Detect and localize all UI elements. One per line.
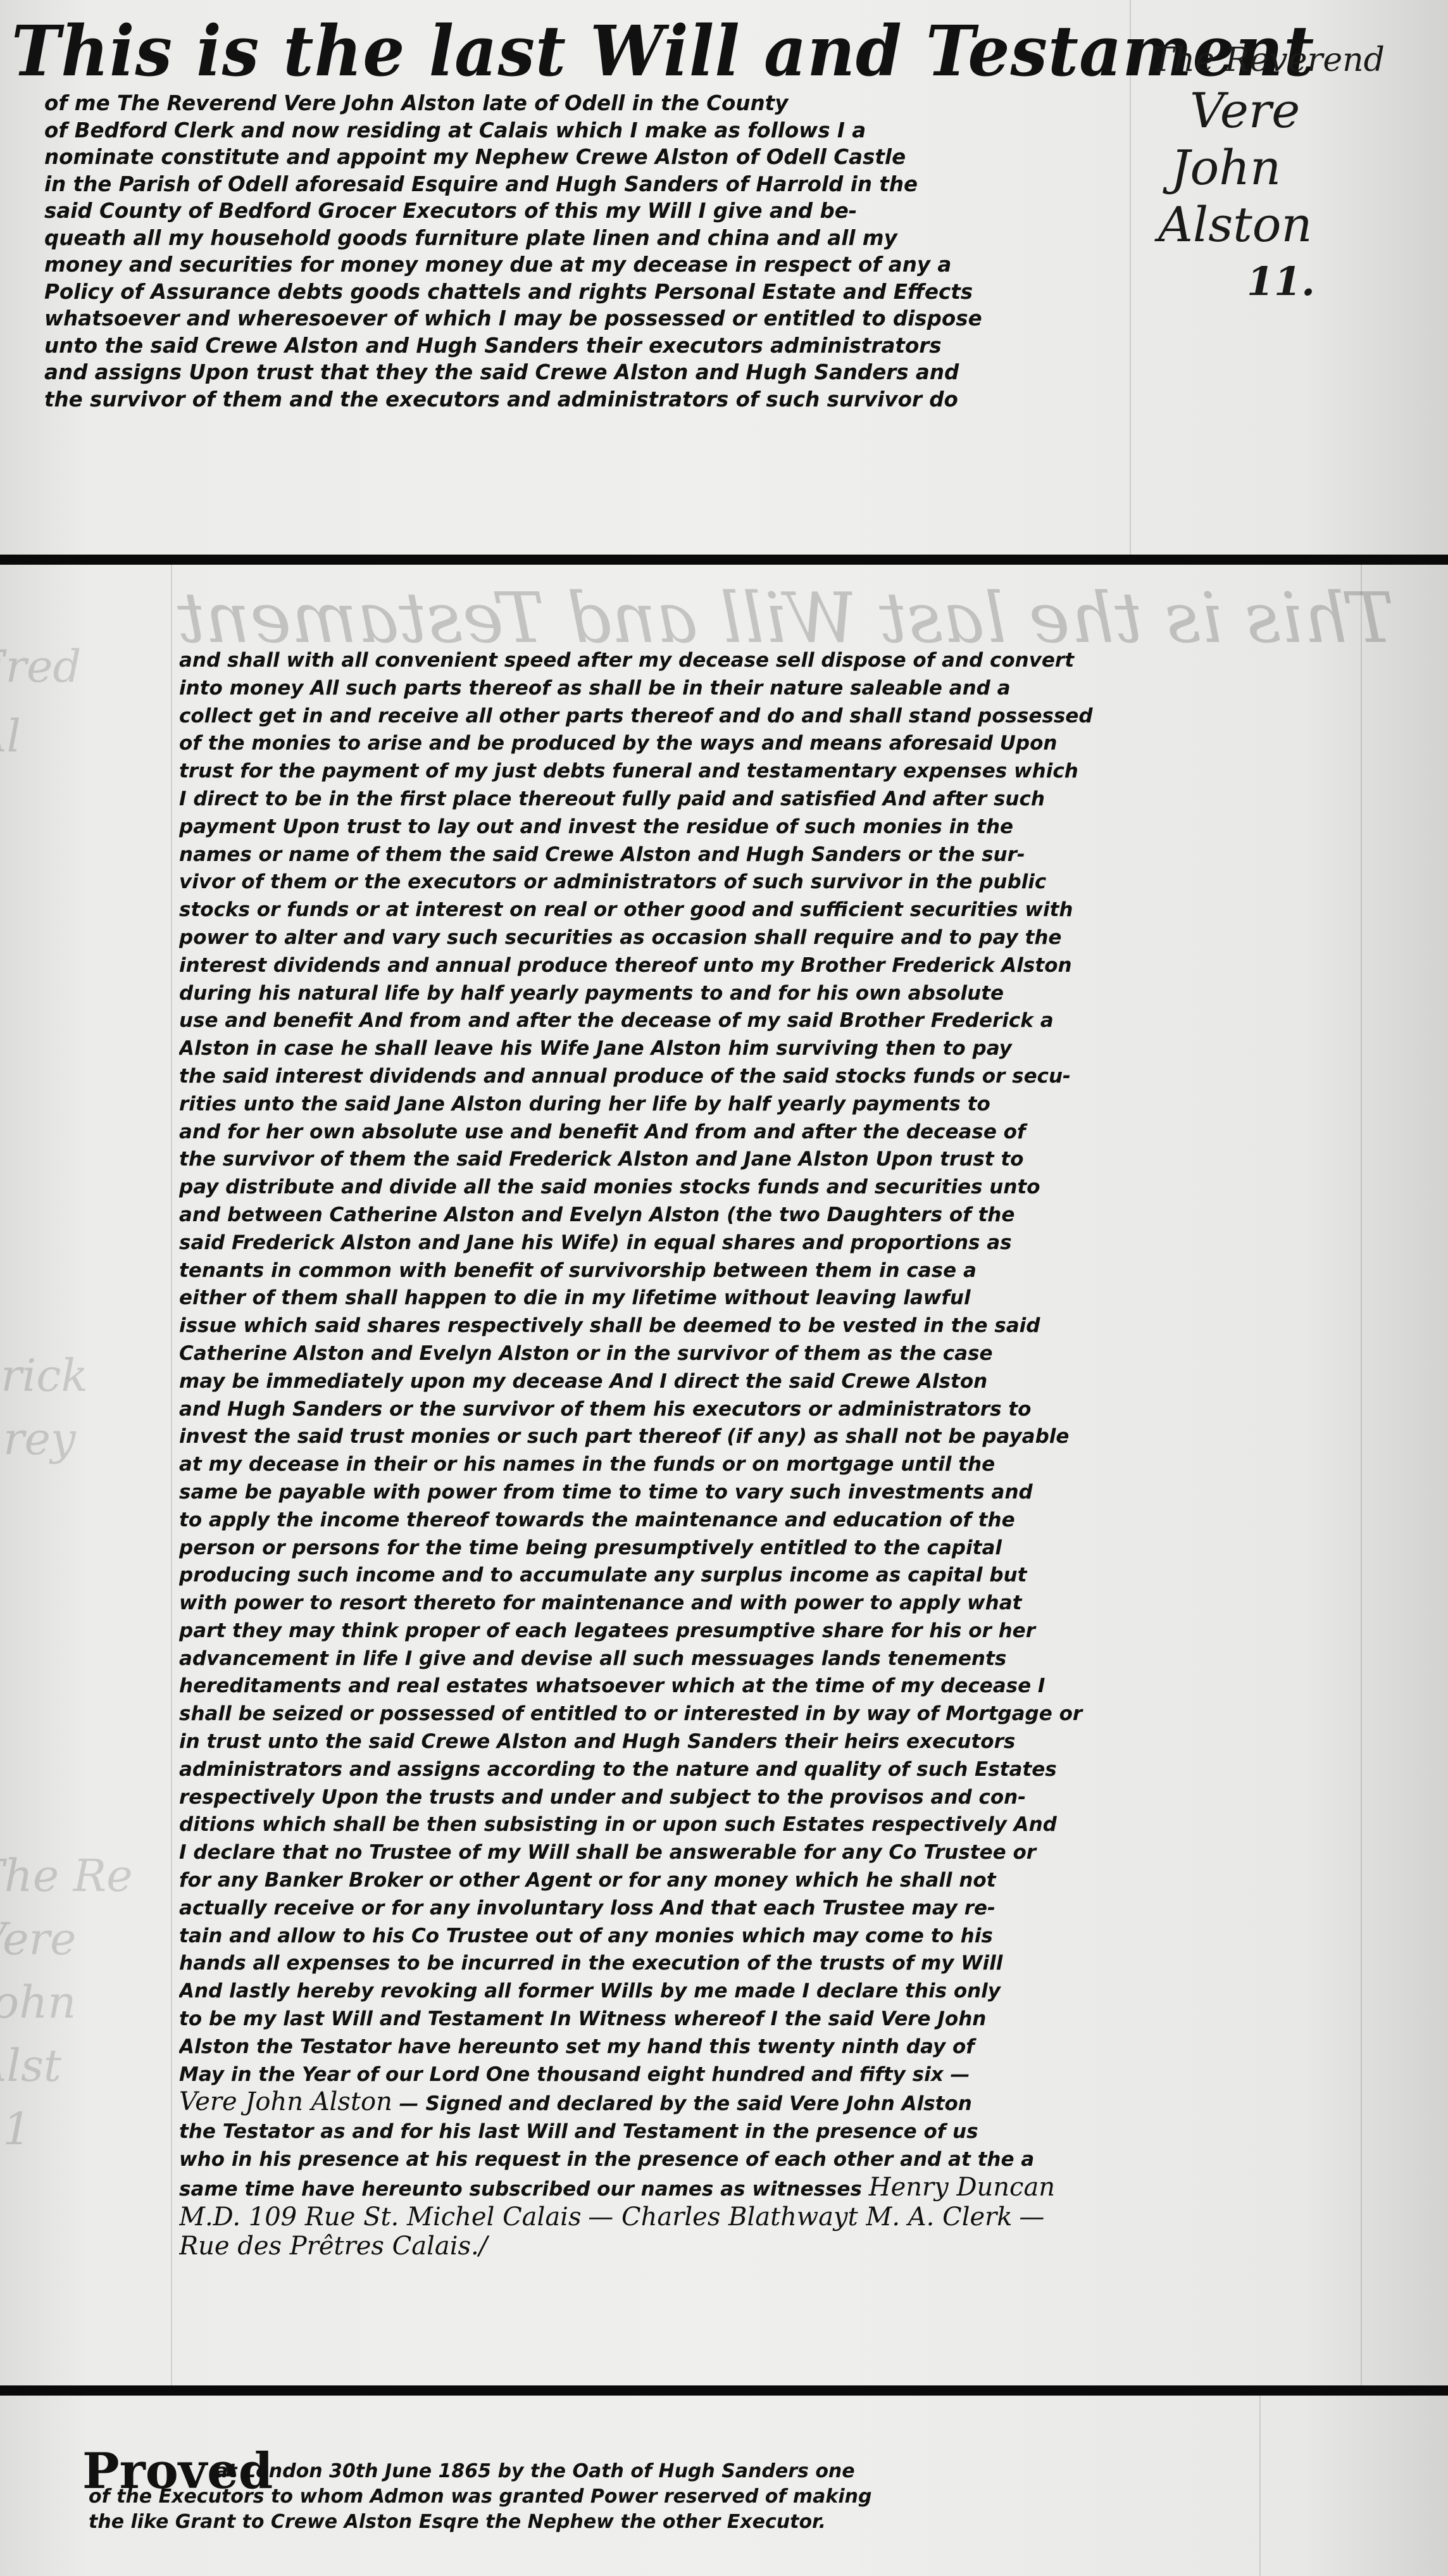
text-line: at London 30th June 1865 by the Oath of …: [215, 2459, 1266, 2484]
text-line: and shall with all convenient speed afte…: [179, 647, 1363, 675]
text-line: actually receive or for any involuntary …: [179, 1895, 1363, 1923]
margin-first-name: Vere: [1190, 82, 1430, 139]
margin-title: The Reverend: [1152, 38, 1430, 82]
text-line: to be my last Will and Testament In Witn…: [179, 2006, 1363, 2033]
text-line: the survivor of them the said Frederick …: [179, 1146, 1363, 1174]
text-line: nominate constitute and appoint my Nephe…: [44, 144, 1133, 171]
text-line: power to alter and vary such securities …: [179, 924, 1363, 952]
witness-1-signature: Henry Duncan: [869, 2174, 1055, 2202]
text-line: of the Executors to whom Admon was grant…: [89, 2484, 1266, 2510]
text-line: Catherine Alston and Evelyn Alston or in…: [179, 1340, 1363, 1368]
text-line: same be payable with power from time to …: [179, 1479, 1363, 1507]
text-line: I declare that no Trustee of my Will sha…: [179, 1839, 1363, 1867]
text-line: of me The Reverend Vere John Alston late…: [44, 90, 1133, 117]
text-line: the survivor of them and the executors a…: [44, 386, 1133, 413]
text-line: invest the said trust monies or such par…: [179, 1423, 1363, 1451]
text-line: interest dividends and annual produce th…: [179, 952, 1363, 980]
witness-2-address: Rue des Prêtres Calais./: [179, 2233, 487, 2261]
text-line: and between Catherine Alston and Evelyn …: [179, 1202, 1363, 1229]
text-line: the like Grant to Crewe Alston Esqre the…: [89, 2510, 1266, 2535]
text-line: into money All such parts thereof as sha…: [179, 675, 1363, 703]
testator-signature: Vere John Alston: [179, 2089, 392, 2116]
text-line: use and benefit And from and after the d…: [179, 1007, 1363, 1035]
text-line: either of them shall happen to die in my…: [179, 1285, 1363, 1312]
witness-line: Rue des Prêtres Calais./: [179, 2233, 1363, 2263]
text-line: and assigns Upon trust that they the sai…: [44, 359, 1133, 386]
text-line: the said interest dividends and annual p…: [179, 1063, 1363, 1091]
text-line: the Testator as and for his last Will an…: [179, 2118, 1363, 2146]
will-body-section: This is the last Will and Testament Fred…: [0, 565, 1448, 2385]
text-line: in the Parish of Odell aforesaid Esquire…: [44, 171, 1133, 198]
page-divider: [0, 2385, 1448, 2396]
text-line: whatsoever and wheresoever of which I ma…: [44, 305, 1133, 332]
text-line: with power to resort thereto for mainten…: [179, 1590, 1363, 1618]
will-body-text: and shall with all convenient speed afte…: [179, 647, 1363, 2263]
text-line: and Hugh Sanders or the survivor of them…: [179, 1396, 1363, 1424]
bleed-through-margin: Vere: [0, 1913, 76, 1965]
text-line: unto the said Crewe Alston and Hugh Sand…: [44, 332, 1133, 360]
text-line: payment Upon trust to lay out and invest…: [179, 814, 1363, 841]
bleed-through-margin: Fred: [0, 641, 81, 693]
text-line: money and securities for money money due…: [44, 251, 1133, 279]
bleed-through-margin: Al: [0, 710, 21, 762]
bleed-through-margin: John: [0, 1976, 76, 2028]
bleed-through-margin: The Re: [0, 1850, 133, 1902]
bleed-through-heading: This is the last Will and Testament: [177, 577, 1394, 658]
text-line: queath all my household goods furniture …: [44, 225, 1133, 252]
text-line: trust for the payment of my just debts f…: [179, 758, 1363, 786]
text-line: vivor of them or the executors or admini…: [179, 869, 1363, 896]
page-divider: [0, 555, 1448, 565]
margin-middle-name: John: [1171, 139, 1430, 196]
attestation-text: — Signed and declared by the said Vere J…: [392, 2092, 972, 2115]
probate-section: Proved at London 30th June 1865 by the O…: [0, 2396, 1448, 2576]
witness-1-address: M.D. 109 Rue St. Michel Calais: [179, 2204, 582, 2232]
text-line: person or persons for the time being pre…: [179, 1535, 1363, 1562]
margin-testator-name: The Reverend Vere John Alston 11.: [1152, 38, 1430, 310]
text-line: hereditaments and real estates whatsoeve…: [179, 1673, 1363, 1700]
text-line: tenants in common with benefit of surviv…: [179, 1257, 1363, 1285]
text-line: administrators and assigns according to …: [179, 1756, 1363, 1784]
bleed-through-margin: Alst: [0, 2040, 61, 2092]
text-line: pay distribute and divide all the said m…: [179, 1174, 1363, 1202]
text-line: stocks or funds or at interest on real o…: [179, 896, 1363, 924]
witness-line: same time have hereunto subscribed our n…: [179, 2174, 1363, 2204]
text-line: advancement in life I give and devise al…: [179, 1645, 1363, 1673]
bleed-through-margin: hrey: [0, 1413, 76, 1465]
text-line: hands all expenses to be incurred in the…: [179, 1950, 1363, 1978]
text-line: said County of Bedford Grocer Executors …: [44, 198, 1133, 225]
signature-line: Vere John Alston — Signed and declared b…: [179, 2089, 1363, 2118]
margin-rule: [171, 565, 172, 2385]
probate-text: at London 30th June 1865 by the Oath of …: [215, 2459, 1266, 2535]
text-line: rities unto the said Jane Alston during …: [179, 1091, 1363, 1119]
text-line: May in the Year of our Lord One thousand…: [179, 2061, 1363, 2089]
text-line: tain and allow to his Co Trustee out of …: [179, 1923, 1363, 1951]
text-line: names or name of them the said Crewe Als…: [179, 841, 1363, 869]
text-line: collect get in and receive all other par…: [179, 703, 1363, 731]
text-line: of Bedford Clerk and now residing at Cal…: [44, 117, 1133, 144]
text-line: of the monies to arise and be produced b…: [179, 730, 1363, 758]
text-line: And lastly hereby revoking all former Wi…: [179, 1978, 1363, 2006]
text-line: in trust unto the said Crewe Alston and …: [179, 1728, 1363, 1756]
text-line: Alston the Testator have hereunto set my…: [179, 2033, 1363, 2061]
text-line: at my decease in their or his names in t…: [179, 1451, 1363, 1479]
margin-surname: Alston: [1158, 196, 1430, 253]
text-line: may be immediately upon my decease And I…: [179, 1368, 1363, 1396]
text-line: Alston in case he shall leave his Wife J…: [179, 1035, 1363, 1063]
text-line: said Frederick Alston and Jane his Wife)…: [179, 1229, 1363, 1257]
text-line: to apply the income thereof towards the …: [179, 1507, 1363, 1535]
text-line: ditions which shall be then subsisting i…: [179, 1811, 1363, 1839]
text-line: I direct to be in the first place thereo…: [179, 786, 1363, 814]
text-line: for any Banker Broker or other Agent or …: [179, 1867, 1363, 1895]
text-line: who in his presence at his request in th…: [179, 2146, 1363, 2174]
witness-line: M.D. 109 Rue St. Michel Calais — Charles…: [179, 2204, 1363, 2234]
text-line: part they may think proper of each legat…: [179, 1618, 1363, 1645]
opening-paragraph: of me The Reverend Vere John Alston late…: [44, 90, 1133, 413]
text-line: respectively Upon the trusts and under a…: [179, 1784, 1363, 1812]
text-line: shall be seized or possessed of entitled…: [179, 1700, 1363, 1728]
will-heading: This is the last Will and Testament: [11, 11, 1144, 91]
witness-2-signature: Charles Blathwayt M. A. Clerk: [621, 2204, 1013, 2232]
folio-number: 11.: [1247, 253, 1430, 310]
bleed-through-margin: 11: [0, 2103, 31, 2155]
will-opening-section: This is the last Will and Testament of m…: [0, 0, 1448, 555]
text-line: and for her own absolute use and benefit…: [179, 1119, 1363, 1147]
attestation-text: same time have hereunto subscribed our n…: [179, 2178, 862, 2201]
bleed-through-margin: erick: [0, 1350, 88, 1402]
text-line: Policy of Assurance debts goods chattels…: [44, 279, 1133, 306]
text-line: issue which said shares respectively sha…: [179, 1312, 1363, 1340]
text-line: during his natural life by half yearly p…: [179, 980, 1363, 1008]
text-line: producing such income and to accumulate …: [179, 1562, 1363, 1590]
